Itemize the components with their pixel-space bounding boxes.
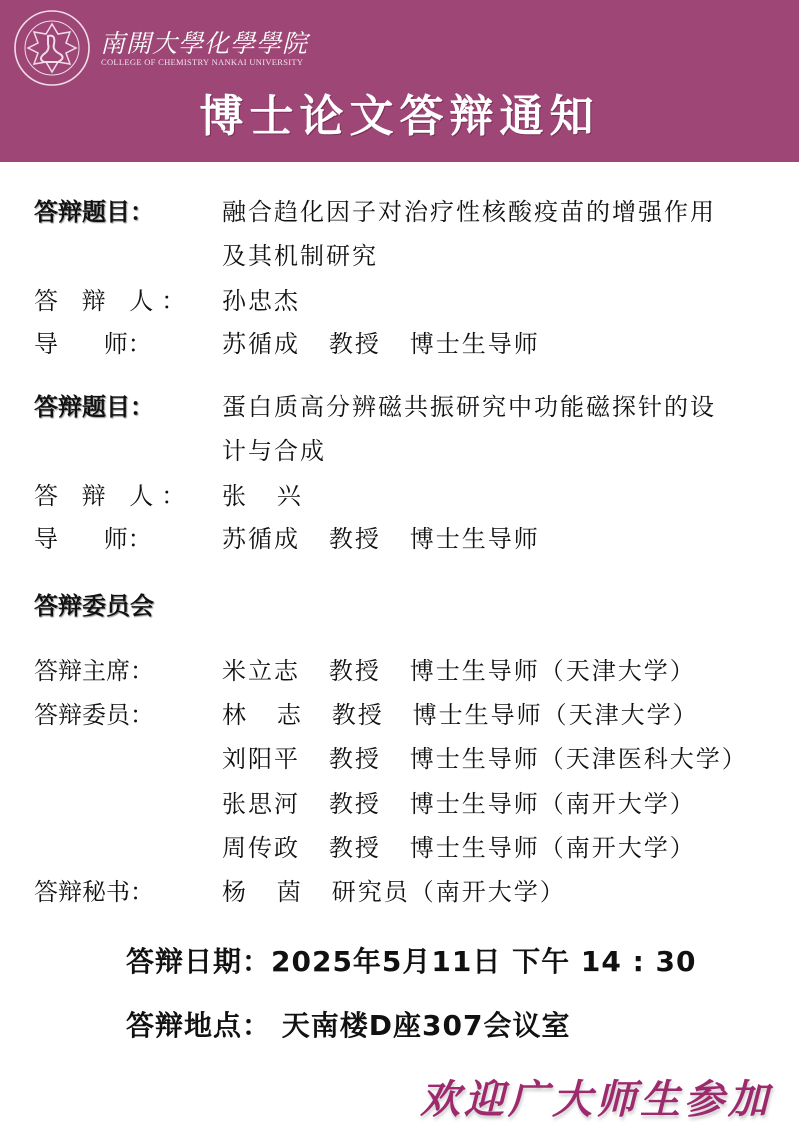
candidate-label: 答 辩 人： bbox=[34, 476, 193, 511]
nankai-chemistry-emblem-icon bbox=[12, 8, 92, 88]
page-title: 博士论文答辩通知 bbox=[0, 80, 799, 144]
topic-text-cont: 计与合成 bbox=[222, 431, 326, 466]
committee-row: 刘阳平 教授 博士生导师（天津医科大学） bbox=[222, 739, 748, 774]
committee-title: 答辩委员会 bbox=[34, 586, 154, 621]
candidate-label: 答 辩 人： bbox=[34, 281, 193, 316]
welcome-message: 欢迎广大师生参加 bbox=[420, 1068, 772, 1125]
advisor-label: 导 师： bbox=[34, 324, 152, 359]
members-label: 答辩委员： bbox=[34, 695, 154, 730]
college-name-cn: 南開大學化學學院 bbox=[100, 24, 308, 60]
topic-label: 答辩题目： bbox=[34, 387, 154, 422]
topic-label: 答辩题目： bbox=[34, 192, 154, 227]
topic-text-cont: 及其机制研究 bbox=[222, 236, 378, 271]
topic-text: 融合趋化因子对治疗性核酸疫苗的增强作用 bbox=[222, 192, 716, 227]
defense-date: 答辩日期：2025年5月11日 下午 14 : 30 bbox=[126, 940, 697, 980]
chair-label: 答辩主席： bbox=[34, 651, 154, 686]
candidate-name: 孙忠杰 bbox=[222, 281, 300, 316]
topic-text: 蛋白质高分辨磁共振研究中功能磁探针的设 bbox=[222, 387, 716, 422]
advisor-name: 苏循成 教授 博士生导师 bbox=[222, 324, 540, 359]
committee-row: 米立志 教授 博士生导师（天津大学） bbox=[222, 651, 696, 686]
advisor-label: 导 师： bbox=[34, 519, 152, 554]
advisor-name: 苏循成 教授 博士生导师 bbox=[222, 519, 540, 554]
committee-row: 林 志 教授 博士生导师（天津大学） bbox=[222, 695, 699, 730]
candidate-name: 张 兴 bbox=[222, 476, 303, 511]
committee-row: 杨 茵 研究员（南开大学） bbox=[222, 872, 566, 907]
committee-row: 张思河 教授 博士生导师（南开大学） bbox=[222, 784, 696, 819]
secretary-label: 答辩秘书： bbox=[34, 872, 154, 907]
college-name-en: COLLEGE OF CHEMISTRY NANKAI UNIVERSITY bbox=[101, 57, 303, 67]
defense-location: 答辩地点： 天南楼D座307会议室 bbox=[126, 1004, 570, 1044]
header-banner: 南開大學化學學院 COLLEGE OF CHEMISTRY NANKAI UNI… bbox=[0, 0, 799, 162]
committee-row: 周传政 教授 博士生导师（南开大学） bbox=[222, 828, 696, 863]
